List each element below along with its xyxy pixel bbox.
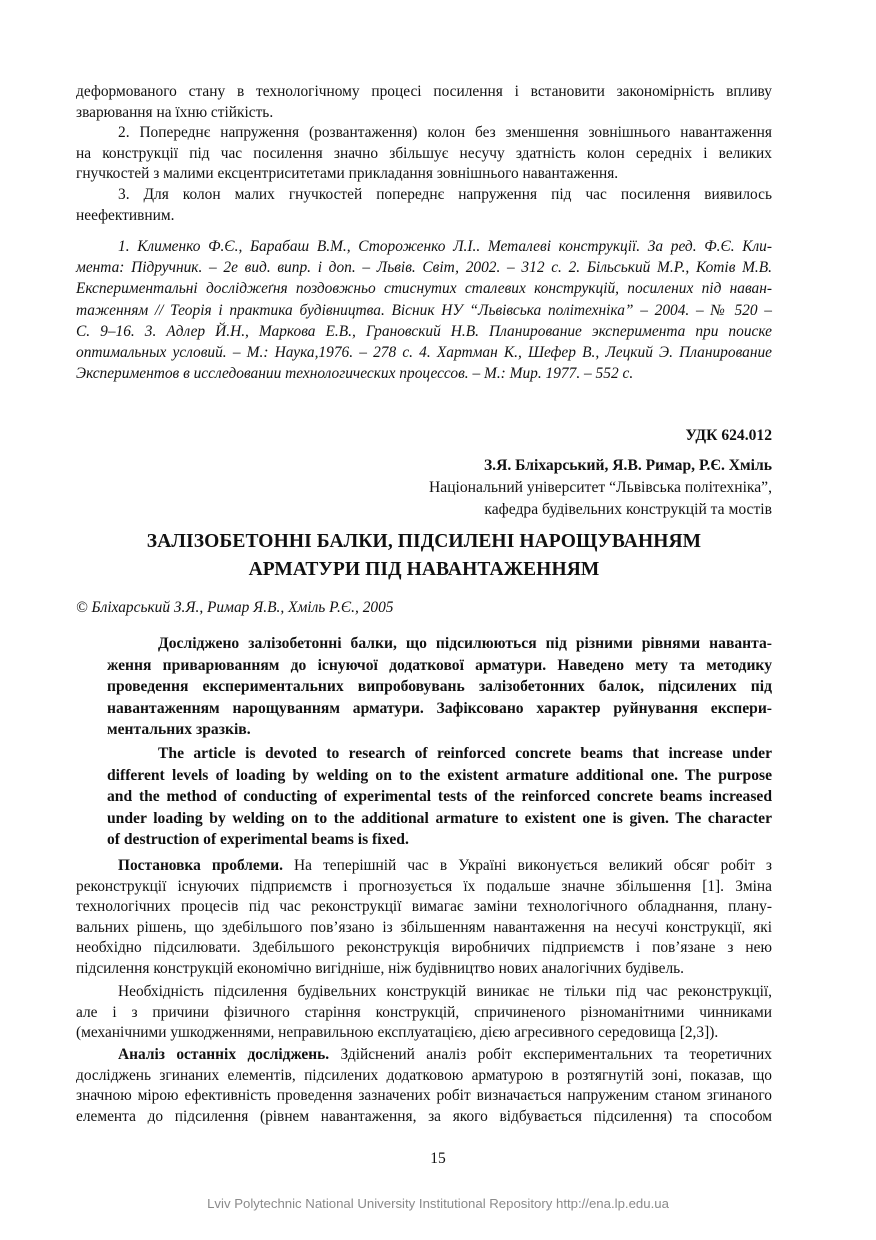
abstract-line: different levels of loading by welding o… xyxy=(107,765,772,787)
section-heading: Постановка проблеми. xyxy=(118,857,283,874)
abstract-line: проведення експериментальних випробовува… xyxy=(107,676,772,698)
copyright: © Бліхарський З.Я., Римар Я.В., Хміль Р.… xyxy=(76,598,772,618)
references: 1. Клименко Ф.Є., Барабаш В.М., Сторожен… xyxy=(76,236,772,384)
abstract-line: Досліджено залізобетонні балки, що підси… xyxy=(107,633,772,655)
text-line: 3. Для колон малих гнучкостей попереднє … xyxy=(76,185,772,206)
article-title: ЗАЛІЗОБЕТОННІ БАЛКИ, ПІДСИЛЕНІ НАРОЩУВАН… xyxy=(76,528,772,584)
text-line: значною мірою ефективність проведення за… xyxy=(76,1086,772,1107)
title-line: ЗАЛІЗОБЕТОННІ БАЛКИ, ПІДСИЛЕНІ НАРОЩУВАН… xyxy=(76,528,772,556)
text-line: Необхідність підсилення будівельних конс… xyxy=(76,982,772,1003)
abstract-english: The article is devoted to research of re… xyxy=(107,743,772,851)
abstract-line: ментальних зразків. xyxy=(107,719,772,741)
reference-line: таженням // Теорія і практика будівництв… xyxy=(76,300,772,321)
paragraph-necessity: Необхідність підсилення будівельних конс… xyxy=(76,982,772,1044)
text-line: на конструкції під час посилення значно … xyxy=(76,144,772,165)
section-recent-research: Аналіз останніх досліджень. Здійснений а… xyxy=(76,1045,772,1127)
document-page: деформованого стану в технологічному про… xyxy=(0,0,876,1240)
article-authors: З.Я. Бліхарський, Я.В. Римар, Р.Є. Хміль xyxy=(76,456,772,476)
text-line: гнучкостей з малими ексцентриситетами пр… xyxy=(76,164,772,185)
abstract-line: under loading by welding on to the addit… xyxy=(107,808,772,830)
reference-line: С. 9–16. 3. Адлер Й.Н., Маркова Е.В., Гр… xyxy=(76,321,772,342)
reference-line: мента: Підручник. – 2е вид. випр. і доп.… xyxy=(76,257,772,278)
abstract-line: of destruction of experimental beams is … xyxy=(107,829,772,851)
text-line: Постановка проблеми. На теперішній час в… xyxy=(76,856,772,877)
udc-code: УДК 624.012 xyxy=(76,426,772,446)
text-line: технологічних процесів під час реконстру… xyxy=(76,897,772,918)
section-problem-statement: Постановка проблеми. На теперішній час в… xyxy=(76,856,772,980)
title-line: АРМАТУРИ ПІД НАВАНТАЖЕННЯМ xyxy=(76,556,772,584)
text-line: Аналіз останніх досліджень. Здійснений а… xyxy=(76,1045,772,1066)
affiliation: Національний університет “Львівська полі… xyxy=(76,477,772,520)
text-line: необхідно підсилювати. Здебільшого рекон… xyxy=(76,938,772,959)
affiliation-line: Національний університет “Львівська полі… xyxy=(76,477,772,499)
text-line: деформованого стану в технологічному про… xyxy=(76,82,772,103)
reference-line: оптимальных условий. – М.: Наука,1976. –… xyxy=(76,342,772,363)
reference-line: Экспериментов в исследовании технологиче… xyxy=(76,363,772,384)
text-line: 2. Попереднє напруження (розвантаження) … xyxy=(76,123,772,144)
abstract-line: and the method of conducting of experime… xyxy=(107,786,772,808)
repository-footer: Lviv Polytechnic National University Ins… xyxy=(0,1196,876,1211)
abstract-line: навантаженням нарощуванням арматури. Заф… xyxy=(107,698,772,720)
text-line: елемента до підсилення (рівнем навантаже… xyxy=(76,1107,772,1128)
abstract-line: ження приварюванням до існуючої додатков… xyxy=(107,655,772,677)
text-line: неефективним. xyxy=(76,206,772,227)
reference-line: Експериментальні досліджеґня поздовжньо … xyxy=(76,278,772,299)
text-line: зварювання на їхню стійкість. xyxy=(76,103,772,124)
abstract-line: The article is devoted to research of re… xyxy=(107,743,772,765)
page-number: 15 xyxy=(0,1150,876,1168)
text-line: підсилення конструкцій економічно вигідн… xyxy=(76,959,772,980)
text-line: реконструкції існуючих підприємств і про… xyxy=(76,877,772,898)
text-line: досліджень згинаних елементів, підсилени… xyxy=(76,1066,772,1087)
text-line: вальних рішень, що здебільшого пов’язано… xyxy=(76,918,772,939)
previous-conclusions: деформованого стану в технологічному про… xyxy=(76,82,772,226)
reference-line: 1. Клименко Ф.Є., Барабаш В.М., Сторожен… xyxy=(76,236,772,257)
abstract-ukrainian: Досліджено залізобетонні балки, що підси… xyxy=(107,633,772,741)
text-line: але і з причини фізичного старіння конст… xyxy=(76,1003,772,1024)
section-heading: Аналіз останніх досліджень. xyxy=(118,1046,329,1063)
text-line: (механічними ушкодженнями, неправильною … xyxy=(76,1023,772,1044)
affiliation-line: кафедра будівельних конструкцій та мості… xyxy=(76,499,772,521)
